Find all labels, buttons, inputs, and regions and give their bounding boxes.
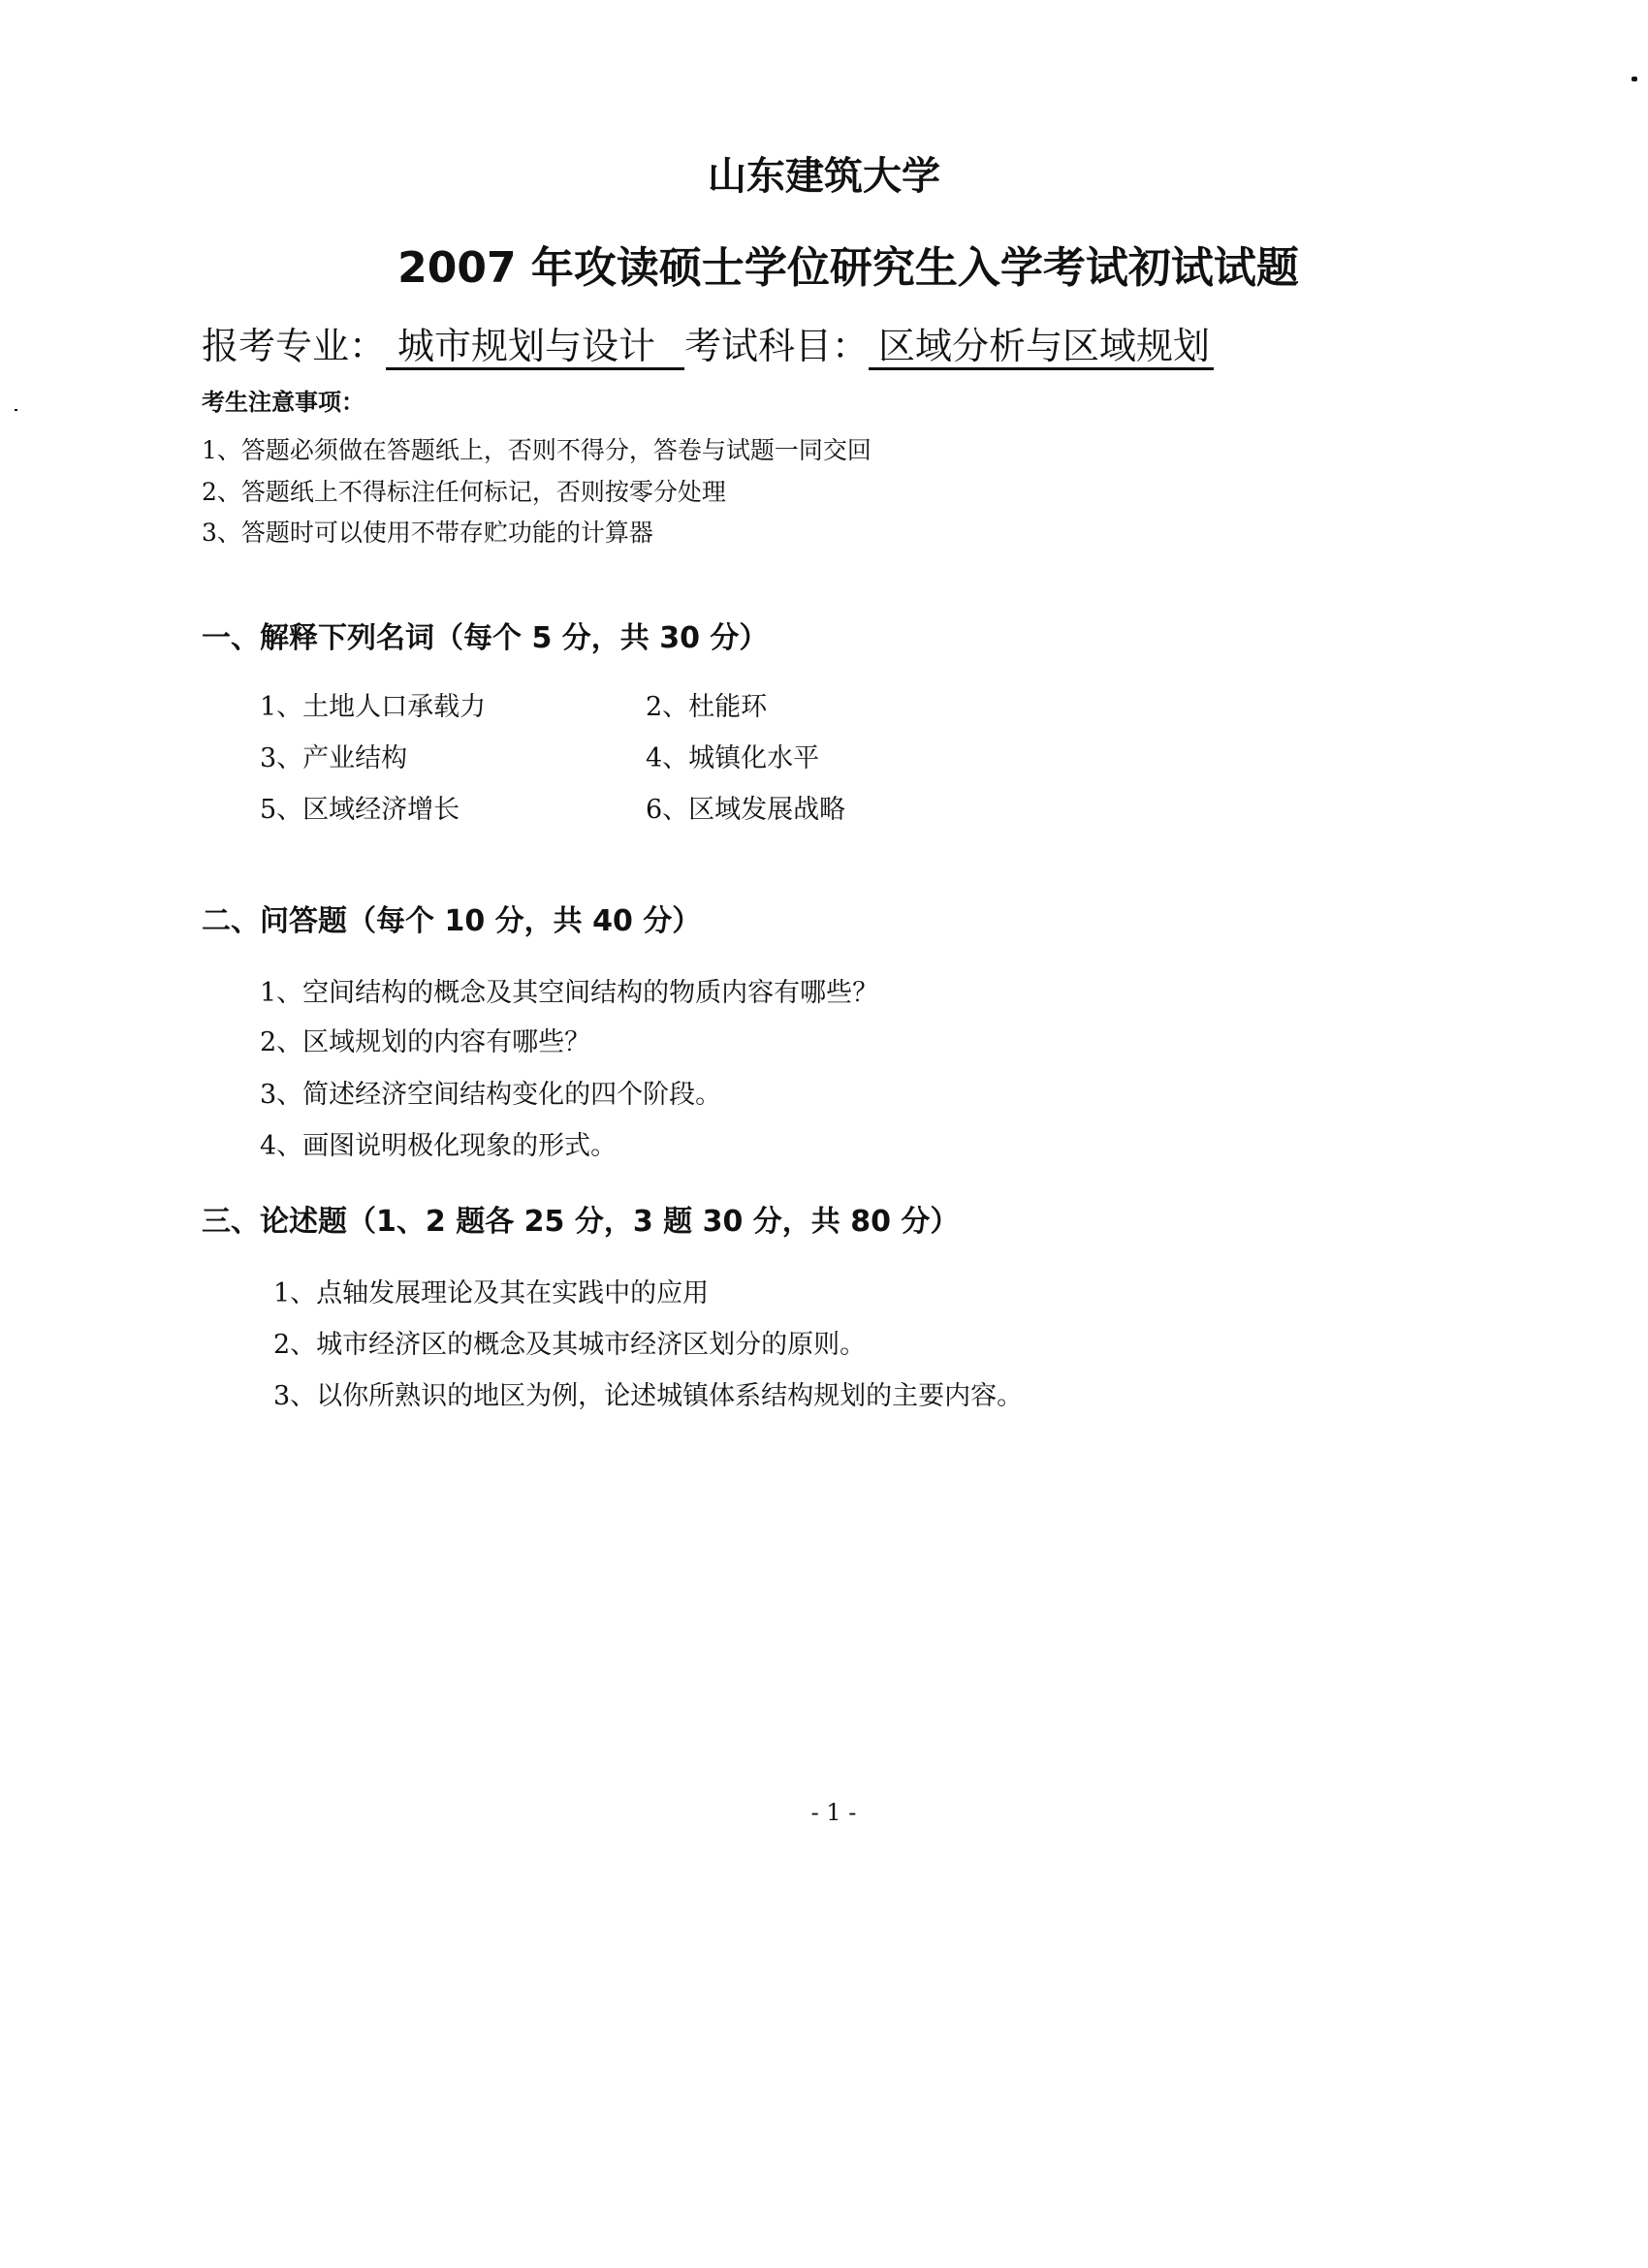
- question-item: 3、简述经济空间结构变化的四个阶段。: [260, 1073, 721, 1111]
- question-item: 1、空间结构的概念及其空间结构的物质内容有哪些？: [260, 971, 878, 1009]
- subject-value: 区域分析与区域规划: [869, 327, 1214, 370]
- notice-item: 3、答题时可以使用不带存贮功能的计算器: [202, 514, 653, 549]
- section-heading-essay: 三、论述题（1、2 题各 25 分，3 题 30 分，共 80 分）: [202, 1197, 959, 1240]
- term-item: 2、杜能环: [646, 685, 767, 723]
- notice-item: 1、答题必须做在答题纸上，否则不得分，答卷与试题一同交回: [202, 431, 872, 466]
- essay-item: 2、城市经济区的概念及其城市经济区划分的原则。: [273, 1323, 866, 1361]
- major-label: 报考专业：: [202, 325, 386, 367]
- essay-item: 1、点轴发展理论及其在实践中的应用: [273, 1272, 709, 1309]
- notice-item: 2、答题纸上不得标注任何标记，否则按零分处理: [202, 473, 726, 508]
- subject-label: 考试科目：: [684, 325, 869, 367]
- scan-speck: [1632, 77, 1637, 81]
- term-item: 5、区域经济增长: [260, 788, 460, 826]
- question-item: 4、画图说明极化现象的形式。: [260, 1124, 617, 1162]
- section-heading-terms: 一、解释下列名词（每个 5 分，共 30 分）: [202, 614, 768, 656]
- exam-meta-row: 报考专业：城市规划与设计考试科目：区域分析与区域规划: [202, 316, 1214, 370]
- scan-speck: [15, 409, 17, 411]
- question-item: 2、区域规划的内容有哪些？: [260, 1021, 590, 1058]
- notice-heading: 考生注意事项：: [202, 383, 364, 417]
- section-heading-short-answer: 二、问答题（每个 10 分，共 40 分）: [202, 897, 701, 939]
- term-item: 1、土地人口承载力: [260, 685, 486, 723]
- essay-item: 3、以你所熟识的地区为例，论述城镇体系结构规划的主要内容。: [273, 1374, 1023, 1412]
- page-number: - 1 -: [0, 1799, 1648, 1826]
- term-item: 4、城镇化水平: [646, 737, 819, 774]
- university-name: 山东建筑大学: [0, 145, 1648, 201]
- exam-title: 2007 年攻读硕士学位研究生入学考试初试试题: [0, 233, 1648, 295]
- term-item: 3、产业结构: [260, 737, 407, 774]
- major-value: 城市规划与设计: [386, 327, 684, 370]
- term-item: 6、区域发展战略: [646, 788, 845, 826]
